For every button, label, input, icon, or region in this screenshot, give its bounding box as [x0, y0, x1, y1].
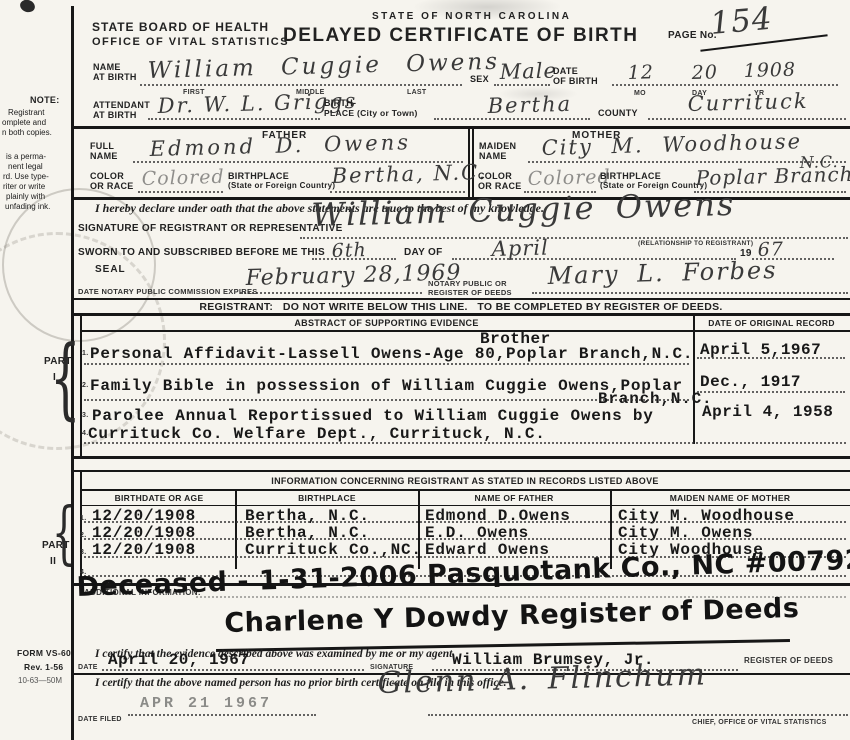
father-fullname-label: FULL — [90, 141, 114, 151]
page-number-value: 154 — [709, 1, 774, 42]
sworn-month-value: April — [491, 236, 549, 261]
margin-note-line: nent legal — [8, 162, 43, 171]
do-not-write-line: REGISTRANT: DO NOT WRITE BELOW THIS LINE… — [72, 301, 850, 313]
column-header-birthdate: BIRTHDATE OR AGE — [84, 493, 234, 503]
attendant-label2: AT BIRTH — [93, 110, 137, 120]
sex-value: Male — [499, 59, 557, 84]
name-label2: AT BIRTH — [93, 72, 137, 82]
commission-expires-label: DATE NOTARY PUBLIC COMMISSION EXPIRES — [78, 287, 258, 296]
father-birthplace-label2: (State or Foreign Country) — [228, 181, 335, 190]
sworn-label: SWORN TO AND SUBSCRIBED BEFORE ME THIS — [78, 247, 325, 258]
father-birthplace-label: BIRTHPLACE — [228, 171, 289, 181]
registrant-signature-label: SIGNATURE OF REGISTRANT OR REPRESENTATIV… — [78, 223, 343, 234]
part1-header-right: DATE OF ORIGINAL RECORD — [695, 318, 848, 328]
dob-label: DATE — [553, 66, 578, 76]
row-number: 3. — [80, 549, 86, 556]
margin-note-line: omplete and — [2, 118, 46, 127]
attendant-label: ATTENDANT — [93, 100, 150, 110]
sub-label-mo: MO — [634, 90, 646, 97]
dotted-line — [532, 292, 848, 294]
dotted-line — [102, 669, 364, 671]
dob-day-value: 20 — [691, 61, 718, 84]
day-of-label: DAY OF — [404, 247, 442, 258]
father-birthplace-value: Bertha, N.C. — [331, 160, 487, 188]
mother-color-label: COLOR — [478, 171, 512, 181]
father-color-value: Colored — [141, 166, 225, 190]
agency-name: STATE BOARD OF HEALTH — [92, 20, 269, 34]
part2-header-rule — [80, 489, 850, 491]
dotted-line — [84, 399, 689, 401]
column-header-father: NAME OF FATHER — [420, 493, 608, 503]
mother-color-label2: OR RACE — [478, 181, 522, 191]
notary-signature-value: Mary L. Forbes — [547, 256, 778, 290]
section-rule — [72, 298, 850, 300]
delayed-birth-certificate-scan: NOTE: Registrant omplete and n both copi… — [0, 0, 850, 740]
state-line: STATE OF NORTH CAROLINA — [372, 11, 571, 22]
form-print-code: 10-63—50M — [18, 676, 62, 685]
part1-bottom-rule — [72, 456, 850, 459]
part1-header-left: ABSTRACT OF SUPPORTING EVIDENCE — [80, 318, 693, 328]
chief-signature-value: Glenn A. Flinchum — [377, 657, 707, 701]
margin-note-line: is a perma- — [6, 152, 46, 161]
father-color-label: COLOR — [90, 171, 124, 181]
father-color-label2: OR RACE — [90, 181, 134, 191]
margin-note-line: unfading ink. — [5, 202, 50, 211]
evidence-row-text: Family Bible in possession of William Cu… — [90, 377, 683, 395]
part2-left-border — [80, 470, 82, 583]
dob-label2: OF BIRTH — [553, 76, 598, 86]
relationship-label: (RELATIONSHIP TO REGISTRANT) — [638, 240, 753, 247]
margin-note-line: riter or write — [3, 182, 45, 191]
dotted-line — [697, 391, 845, 393]
dotted-line — [84, 538, 846, 540]
notary-label: NOTARY PUBLIC OR — [428, 279, 507, 288]
part2-colheader-rule — [80, 505, 850, 506]
name-at-birth-value: William Cuggie Owens — [147, 49, 500, 84]
father-fullname-value: Edmond D. Owens — [149, 130, 411, 161]
evidence-row-text: Personal Affidavit-Lassell Owens-Age 80,… — [90, 345, 693, 363]
birthplace-city-label2: PLACE (City or Town) — [324, 108, 418, 118]
margin-note-line: rd. Use type- — [3, 172, 49, 181]
evidence-row-date: Dec., 1917 — [700, 373, 801, 391]
mother-birthplace-label: BIRTHPLACE — [600, 171, 661, 181]
margin-note-line: plainly with — [6, 192, 45, 201]
register-of-deeds-label: REGISTER OF DEEDS — [744, 656, 833, 665]
part2-header: INFORMATION CONCERNING REGISTRANT AS STA… — [80, 476, 850, 486]
sworn-day-value: 6th — [331, 239, 367, 262]
date-label: DATE — [78, 664, 98, 671]
dob-month-value: 12 — [627, 61, 654, 84]
margin-note-title: NOTE: — [30, 95, 60, 105]
part1-header-rule — [80, 330, 850, 332]
dotted-line — [434, 118, 590, 120]
mother-color-value: Colored — [527, 166, 611, 190]
part2-brace: { — [52, 494, 76, 573]
margin-note-line: Registrant — [8, 108, 44, 117]
row-number: 1. — [82, 350, 88, 357]
dotted-line — [84, 363, 689, 365]
date-filed-stamp: APR 21 1967 — [140, 695, 272, 712]
evidence-row-date: April 4, 1958 — [702, 403, 833, 421]
additional-info-line2: Charlene Y Dowdy Register of Deeds — [224, 593, 800, 639]
dotted-line — [140, 84, 462, 86]
dotted-line — [148, 118, 320, 120]
section-rule — [72, 126, 850, 129]
page-number-label: PAGE No. — [668, 30, 717, 41]
seal-label: SEAL — [95, 264, 126, 275]
dotted-line — [612, 84, 838, 86]
section-rule-heavy — [72, 313, 850, 316]
name-label: NAME — [93, 62, 121, 72]
form-number: FORM VS-60 — [17, 648, 71, 658]
birthplace-city-label: BIRTH- — [324, 98, 356, 108]
form-revision: Rev. 1-56 — [24, 662, 63, 672]
dotted-line — [494, 84, 550, 86]
part2-top-rule — [72, 470, 850, 472]
examined-date-value: April 20, 1967 — [108, 651, 249, 669]
sex-label: SEX — [470, 74, 489, 84]
dotted-line — [84, 521, 846, 523]
notary-label2: REGISTER OF DEEDS — [428, 288, 512, 297]
margin-note-line: n both copies. — [2, 128, 52, 137]
row-number: 3. — [82, 412, 88, 419]
sub-label-last: LAST — [407, 89, 426, 96]
mother-maiden-label: MAIDEN — [479, 141, 516, 151]
father-fullname-label2: NAME — [90, 151, 118, 161]
dotted-line — [240, 292, 422, 294]
column-header-birthplace: BIRTHPLACE — [237, 493, 417, 503]
county-label: COUNTY — [598, 108, 638, 118]
part1-date-divider — [693, 316, 695, 444]
dotted-line — [138, 191, 223, 193]
document-title: DELAYED CERTIFICATE OF BIRTH — [283, 25, 639, 47]
dotted-line — [648, 118, 846, 120]
birthplace-city-value: Bertha — [487, 92, 572, 118]
chief-office-label: CHIEF, OFFICE OF VITAL STATISTICS — [692, 719, 827, 726]
dotted-line — [697, 357, 845, 359]
agency-office: OFFICE OF VITAL STATISTICS — [92, 36, 289, 48]
dotted-line — [128, 714, 316, 716]
county-value: Currituck — [687, 89, 808, 116]
dotted-line — [84, 442, 846, 444]
row-number: 2. — [82, 382, 88, 389]
column-header-mother: MAIDEN NAME OF MOTHER — [612, 493, 848, 503]
dotted-line — [428, 714, 848, 716]
dob-year-value: 1908 — [743, 59, 796, 82]
date-filed-label: DATE FILED — [78, 716, 122, 723]
scan-blot — [19, 0, 37, 14]
evidence-row-text: Currituck Co. Welfare Dept., Currituck, … — [88, 425, 546, 443]
evidence-row-text: Parolee Annual Reportissued to William C… — [92, 407, 654, 425]
part1-brace: { — [50, 326, 81, 429]
